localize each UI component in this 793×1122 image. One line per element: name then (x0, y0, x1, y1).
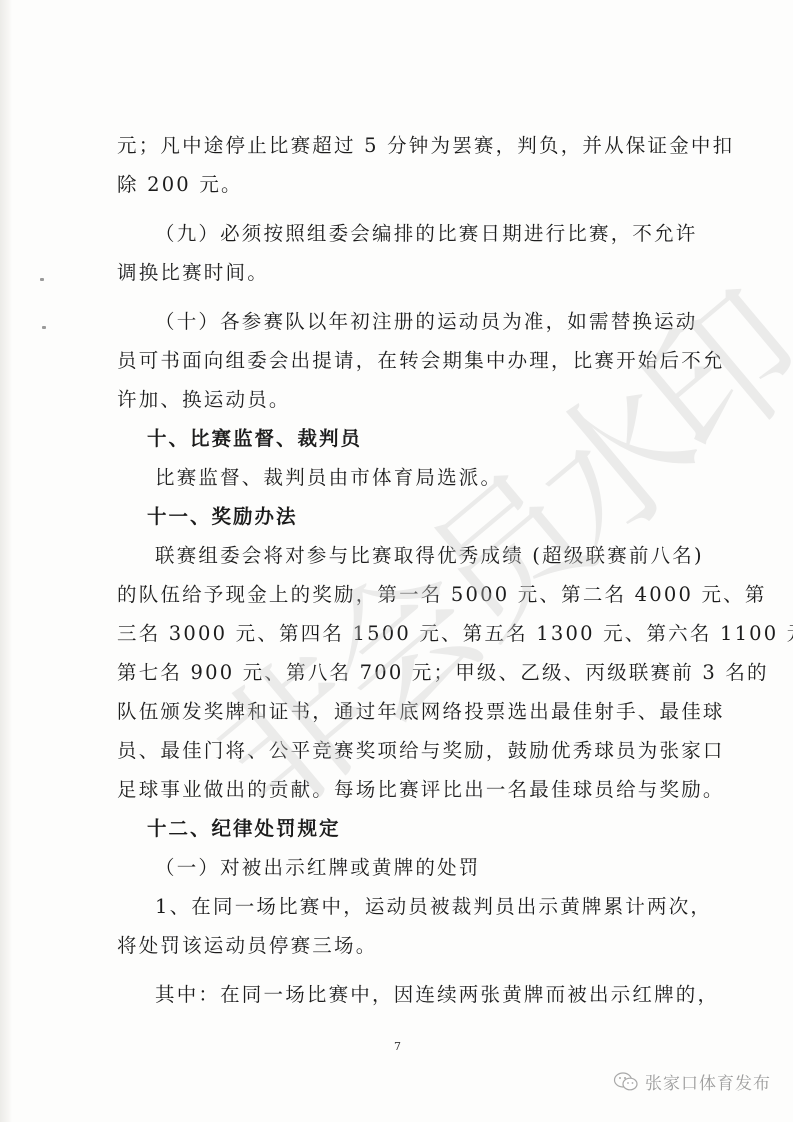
paragraph-line: 元；凡中途停止比赛超过 5 分钟为罢赛，判负，并从保证金中扣 (117, 126, 697, 165)
paragraph-line: 员可书面向组委会出提请，在转会期集中办理，比赛开始后不允 (117, 341, 697, 380)
paragraph-line: （九）必须按照组委会编排的比赛日期进行比赛，不允许 (117, 214, 697, 253)
section-heading: 十二、纪律处罚规定 (117, 809, 697, 848)
paragraph-line: 员、最佳门将、公平竞赛奖项给与奖励，鼓励优秀球员为张家口 (117, 731, 697, 770)
scan-speck (42, 326, 46, 329)
wechat-icon (613, 1071, 639, 1093)
paragraph-line: 足球事业做出的贡献。每场比赛评比出一名最佳球员给与奖励。 (117, 770, 697, 809)
scan-edge (0, 0, 12, 1122)
paragraph-line: 比赛监督、裁判员由市体育局选派。 (117, 458, 697, 497)
paragraph-line: 调换比赛时间。 (117, 253, 697, 292)
brand-label: 张家口体育发布 (645, 1069, 771, 1094)
paragraph-line: 其中：在同一场比赛中，因连续两张黄牌而被出示红牌的， (117, 975, 697, 1014)
section-heading: 十、比赛监督、裁判员 (117, 419, 697, 458)
paragraph-line: 联赛组委会将对参与比赛取得优秀成绩 (超级联赛前八名) (117, 536, 697, 575)
paragraph-line: 的队伍给予现金上的奖励，第一名 5000 元、第二名 4000 元、第 (117, 575, 697, 614)
paragraph-line: （一）对被出示红牌或黄牌的处罚 (117, 848, 697, 887)
paragraph-line: 队伍颁发奖牌和证书，通过年底网络投票选出最佳射手、最佳球 (117, 692, 697, 731)
paragraph-line: 将处罚该运动员停赛三场。 (117, 926, 697, 965)
paragraph-line: 许加、换运动员。 (117, 380, 697, 419)
paragraph-line: 1、在同一场比赛中，运动员被裁判员出示黄牌累计两次， (117, 887, 697, 926)
brand-attribution: 张家口体育发布 (613, 1069, 771, 1094)
paragraph-line: 除 200 元。 (117, 165, 697, 204)
section-heading: 十一、奖励办法 (117, 497, 697, 536)
document-page: 元；凡中途停止比赛超过 5 分钟为罢赛，判负，并从保证金中扣 除 200 元。 … (0, 0, 793, 1122)
page-number: 7 (394, 1040, 401, 1053)
paragraph-line: 第七名 900 元、第八名 700 元；甲级、乙级、丙级联赛前 3 名的 (117, 653, 697, 692)
paragraph-line: （十）各参赛队以年初注册的运动员为准，如需替换运动 (117, 302, 697, 341)
paragraph-line: 三名 3000 元、第四名 1500 元、第五名 1300 元、第六名 1100… (117, 614, 697, 653)
scan-speck (40, 278, 44, 281)
document-body: 元；凡中途停止比赛超过 5 分钟为罢赛，判负，并从保证金中扣 除 200 元。 … (117, 126, 697, 1014)
